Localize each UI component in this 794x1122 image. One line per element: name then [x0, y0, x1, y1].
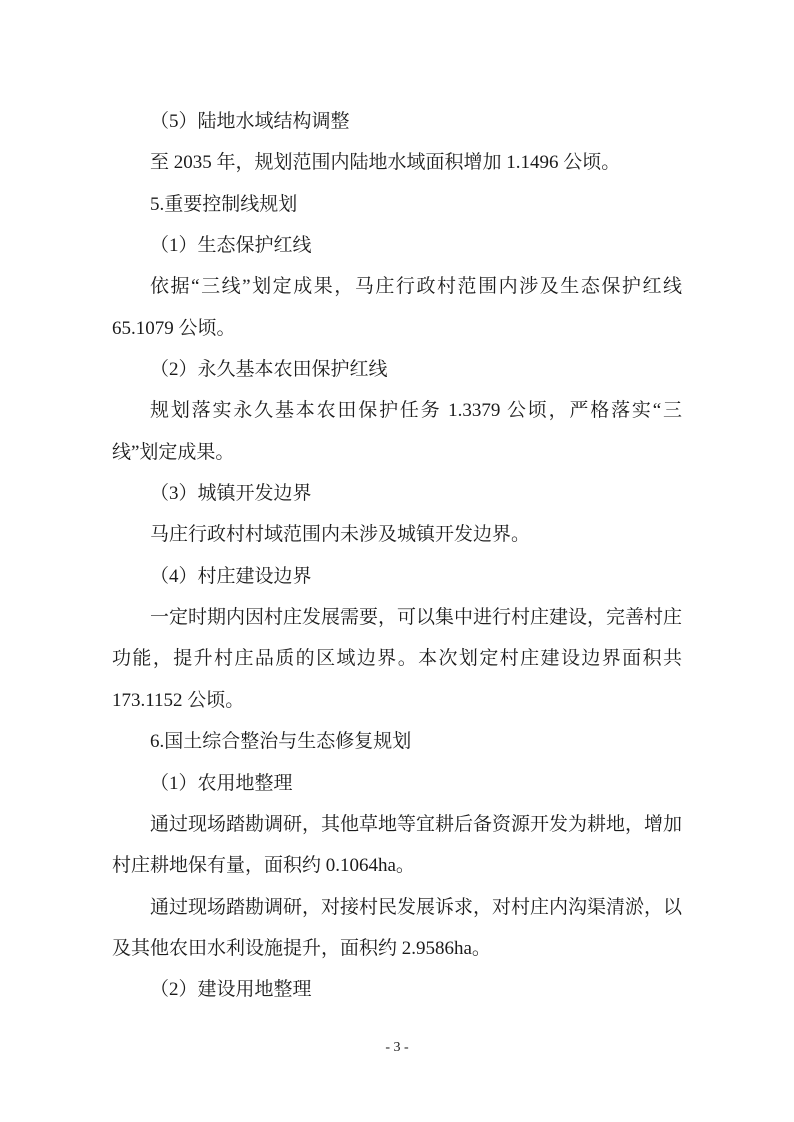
paragraph: （1）生态保护红线: [112, 225, 682, 266]
paragraph: 至 2035 年，规划范围内陆地水域面积增加 1.1496 公顷。: [112, 142, 682, 183]
paragraph: （4）村庄建设边界: [112, 556, 682, 597]
paragraph: 依据“三线”划定成果，马庄行政村范围内涉及生态保护红线 65.1079 公顷。: [112, 266, 682, 349]
document-page: （5）陆地水域结构调整至 2035 年，规划范围内陆地水域面积增加 1.1496…: [0, 0, 794, 1122]
paragraph: （3）城镇开发边界: [112, 473, 682, 514]
paragraph: （5）陆地水域结构调整: [112, 101, 682, 142]
paragraph: （2）永久基本农田保护红线: [112, 349, 682, 390]
page-footer: - 3 -: [0, 1038, 794, 1058]
paragraph: 6.国土综合整治与生态修复规划: [112, 721, 682, 762]
document-body: （5）陆地水域结构调整至 2035 年，规划范围内陆地水域面积增加 1.1496…: [112, 101, 682, 1011]
paragraph: （2）建设用地整理: [112, 969, 682, 1010]
paragraph: 规划落实永久基本农田保护任务 1.3379 公顷，严格落实“三线”划定成果。: [112, 390, 682, 473]
paragraph: 5.重要控制线规划: [112, 184, 682, 225]
paragraph: 一定时期内因村庄发展需要，可以集中进行村庄建设，完善村庄功能，提升村庄品质的区域…: [112, 597, 682, 721]
paragraph: （1）农用地整理: [112, 763, 682, 804]
paragraph: 通过现场踏勘调研，其他草地等宜耕后备资源开发为耕地，增加村庄耕地保有量，面积约 …: [112, 804, 682, 887]
page-number: - 3 -: [385, 1040, 408, 1055]
paragraph: 马庄行政村村域范围内未涉及城镇开发边界。: [112, 514, 682, 555]
paragraph: 通过现场踏勘调研，对接村民发展诉求，对村庄内沟渠清淤，以及其他农田水利设施提升，…: [112, 887, 682, 970]
